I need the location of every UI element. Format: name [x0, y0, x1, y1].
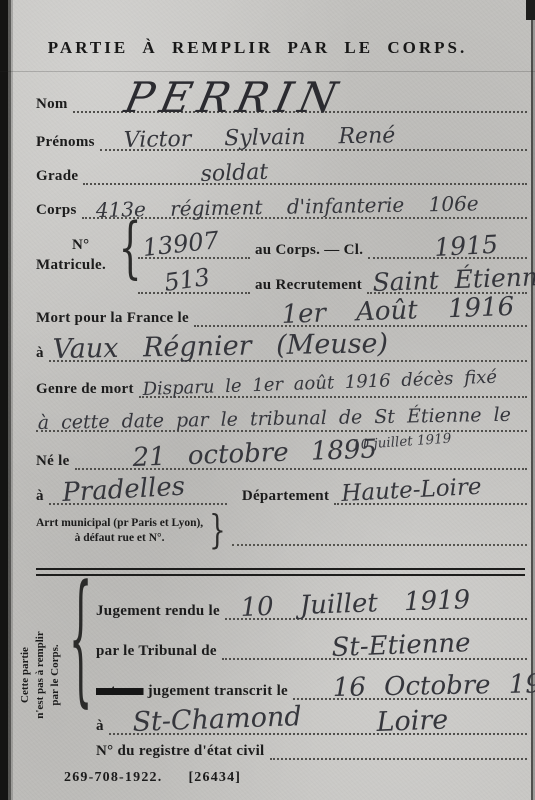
field-arr-municipal: Arrt municipal (pr Paris et Lyon), à déf… [36, 516, 527, 546]
field-registre: N° du registre d'état civil [96, 736, 527, 760]
matricule-row-corps: 13907 au Corps. — Cl. 1915 [138, 237, 527, 259]
grade-label: Grade [36, 169, 78, 185]
scan-edge-left [0, 0, 14, 800]
corps-label: Corps [36, 203, 77, 219]
transcrit-lieu-label: à [96, 719, 104, 735]
departement-value: Haute-Loire [341, 476, 482, 506]
field-nom: Nom PERRIN [36, 89, 527, 113]
mort-lieu-label: à [36, 346, 44, 362]
nom-line: PERRIN [73, 106, 527, 113]
side-note-brace: { [69, 566, 92, 709]
ne-le-line: 21 octobre 1895 [75, 463, 527, 470]
field-ne-le: Né le 21 octobre 1895 [36, 446, 527, 470]
corps-line: 413e régiment d'infanterie 106e [82, 212, 527, 219]
field-mort-lieu: à Vaux Régnier (Meuse) [36, 338, 527, 362]
death-record-document: PARTIE À REMPLIR PAR LE CORPS. Nom PERRI… [0, 0, 535, 800]
arr-municipal-line [232, 539, 527, 546]
prenoms-value: Victor Sylvain René [123, 125, 395, 152]
genre-value-line1: Disparu le 1er août 1916 décès fixé [142, 369, 497, 399]
print-reference-number: 269-708-1922. [64, 770, 162, 785]
prenoms-label: Prénoms [36, 135, 95, 151]
field-jugement-rendu: Jugement rendu le 10 Juillet 1919 [96, 596, 527, 620]
matricule-corps-value: 13907 [141, 228, 219, 260]
field-tribunal: par le Tribunal de St-Etienne [96, 636, 527, 660]
field-mort: Mort pour la France le 1er Août 1916 [36, 303, 527, 327]
grade-value: soldat [201, 162, 269, 186]
field-genre-continuation: à cette date par le tribunal de St Étien… [36, 408, 527, 432]
tribunal-value: St-Etienne [331, 630, 471, 661]
transcrit-lieu-value: St-Chamond [132, 703, 302, 736]
ne-lieu-value: Pradelles [61, 474, 185, 506]
form-title: PARTIE À REMPLIR PAR LE CORPS. [0, 38, 515, 58]
field-transcrit-lieu: à St-Chamond Loire [96, 711, 527, 735]
side-note-line1: Cette partie [18, 595, 33, 755]
field-prenoms: Prénoms Victor Sylvain René [36, 127, 527, 151]
print-reference-bracket: [26434] [188, 770, 241, 785]
field-grade: Grade soldat [36, 161, 527, 185]
classe-value: 1915 [434, 232, 499, 260]
field-corps: Corps 413e régiment d'infanterie 106e [36, 195, 527, 219]
jugement-rendu-label: Jugement rendu le [96, 604, 220, 620]
genre-line1: Disparu le 1er août 1916 décès fixé [139, 391, 527, 398]
scan-corner-mark [526, 0, 535, 20]
ne-lieu-line: Pradelles [49, 498, 227, 505]
matricule-row-recrutement: 513 au Recrutement Saint Étienne [138, 272, 527, 294]
transcrit-lieu-dept: Loire [376, 707, 449, 736]
au-recrutement-label: au Recrutement [255, 278, 362, 294]
departement-line: Haute-Loire [334, 498, 527, 505]
transcrit-struck-text: acte ou [96, 683, 144, 699]
print-reference: 269-708-1922.[26434] [64, 770, 267, 786]
side-note-line3: par le Corps. [48, 595, 63, 755]
matricule-label-no: N° [72, 238, 89, 254]
mort-line: 1er Août 1916 [194, 320, 527, 327]
arr-municipal-label-line1: Arrt municipal (pr Paris et Lyon), [36, 516, 203, 531]
tribunal-line: St-Etienne [222, 653, 527, 660]
genre-line2: à cette date par le tribunal de St Étien… [36, 425, 527, 432]
arr-municipal-brace: } [209, 512, 226, 551]
matricule-label: Matricule. [36, 258, 106, 274]
registre-line [270, 753, 527, 760]
au-corps-label: au Corps. — Cl. [255, 243, 363, 259]
departement-label: Département [242, 489, 329, 505]
nom-label: Nom [36, 97, 68, 113]
genre-label: Genre de mort [36, 382, 134, 398]
header-divider [0, 71, 535, 72]
matricule-recrutement-line: 513 [138, 287, 250, 294]
grade-line: soldat [83, 178, 527, 185]
field-transcrit: acte ou jugement transcrit le 16 Octobre… [96, 676, 527, 700]
registre-label: N° du registre d'état civil [96, 744, 265, 760]
field-matricule: N° Matricule. { 13907 au Corps. — Cl. 19… [36, 226, 527, 294]
transcrit-label: jugement transcrit le [148, 683, 288, 699]
nom-value: PERRIN [121, 77, 347, 119]
arr-municipal-label: Arrt municipal (pr Paris et Lyon), à déf… [36, 516, 203, 546]
transcrit-line: 16 Octobre 1919 [293, 693, 527, 700]
ne-le-label: Né le [36, 454, 70, 470]
transcrit-lieu-line: St-Chamond Loire [109, 728, 527, 735]
prenoms-line: Victor Sylvain René [100, 144, 527, 151]
ne-le-value: 21 octobre 1895 [132, 436, 377, 471]
jugement-rendu-line: 10 Juillet 1919 [225, 613, 527, 620]
matricule-recrutement-value: 513 [163, 265, 212, 295]
mort-value: 1er Août 1916 [281, 294, 514, 328]
mort-lieu-value: Vaux Régnier (Meuse) [52, 330, 388, 363]
field-genre-de-mort: Genre de mort Disparu le 1er août 1916 d… [36, 374, 527, 398]
arr-municipal-label-line2: à défaut rue et N°. [36, 531, 203, 546]
field-ne-lieu: à Pradelles Département Haute-Loire [36, 481, 527, 505]
mort-label: Mort pour la France le [36, 311, 189, 327]
genre-value-line2: à cette date par le tribunal de St Étien… [38, 406, 511, 433]
mort-lieu-line: Vaux Régnier (Meuse) [49, 355, 527, 362]
corps-value: 413e régiment d'infanterie 106e [95, 193, 478, 220]
section-divider [36, 568, 525, 576]
side-note-line2: n'est pas à remplir [33, 595, 48, 755]
lieu-recrutement-value: Saint Étienne [372, 264, 535, 295]
matricule-corps-line: 13907 [138, 252, 250, 259]
ne-lieu-label: à [36, 489, 44, 505]
transcrit-value: 16 Octobre 1919 [333, 671, 535, 701]
jugement-rendu-value: 10 Juillet 1919 [240, 587, 471, 621]
classe-line: 1915 [368, 252, 527, 259]
tribunal-label: par le Tribunal de [96, 644, 217, 660]
